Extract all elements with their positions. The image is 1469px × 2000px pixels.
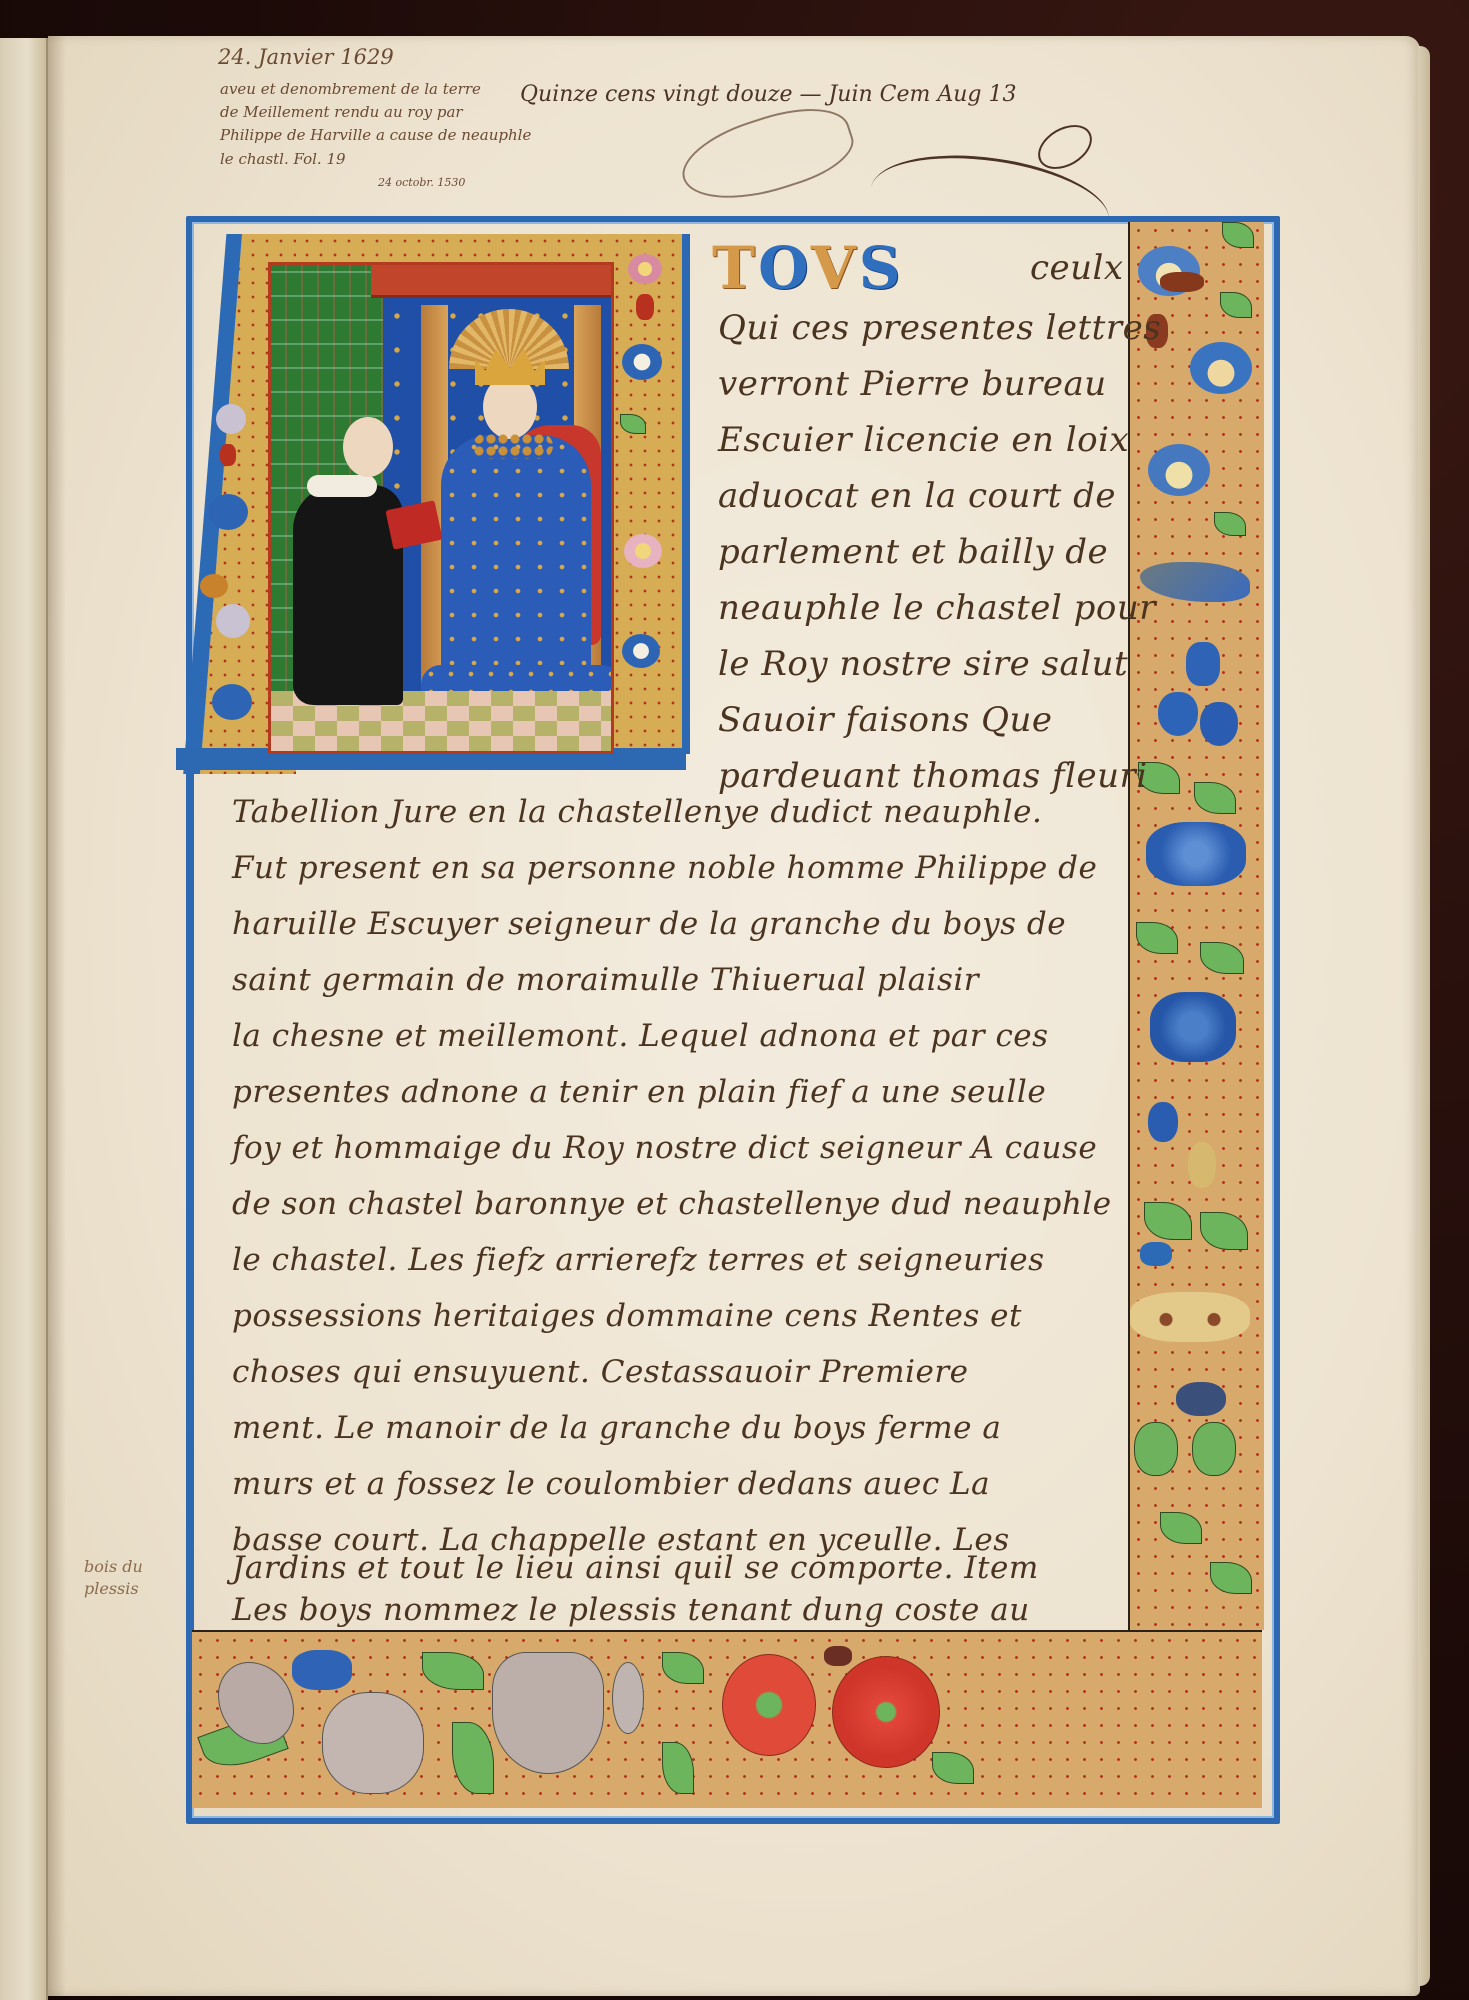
green-bud-icon bbox=[1192, 1422, 1236, 1476]
text-line: Jardins et tout le lieu ainsi quil se co… bbox=[232, 1548, 1039, 1588]
leaf-icon bbox=[1200, 942, 1244, 974]
annotation-small-date: 24 octobr. 1530 bbox=[378, 176, 465, 189]
columbine-icon bbox=[208, 494, 248, 530]
pansy-icon bbox=[1148, 444, 1210, 496]
annotation-line-4: le chastl. Fol. 19 bbox=[220, 150, 346, 168]
text-line: pardeuant thomas fleuri bbox=[718, 756, 1148, 796]
text-line: possessions heritaiges dommaine cens Ren… bbox=[232, 1296, 1022, 1336]
text-line: murs et a fossez le coulombier dedans au… bbox=[232, 1464, 990, 1504]
text-line: Les boys nommez le plessis tenant dung c… bbox=[232, 1590, 1030, 1630]
text-line: choses qui ensuyuent. Cestassauoir Premi… bbox=[232, 1352, 969, 1392]
text-line: aduocat en la court de bbox=[718, 476, 1116, 516]
text-line: Escuier licencie en loix bbox=[718, 420, 1129, 460]
leaf-icon bbox=[1194, 782, 1236, 814]
incipit-letter-s: S bbox=[859, 234, 904, 302]
dragonfly-icon bbox=[1140, 562, 1250, 602]
leaf-icon bbox=[1144, 1202, 1192, 1240]
leaf-icon bbox=[452, 1722, 494, 1794]
text-line: saint germain de moraimulle Thiuerual pl… bbox=[232, 960, 979, 1000]
bug-icon bbox=[636, 294, 654, 320]
rose-icon bbox=[722, 1654, 816, 1756]
columbine-icon bbox=[216, 404, 246, 434]
kneeling-figure-head bbox=[343, 417, 393, 477]
gutter-shadow bbox=[48, 36, 66, 1996]
lily-icon bbox=[492, 1652, 604, 1774]
fly-icon bbox=[1176, 1382, 1226, 1416]
margin-annotation-line: plessis bbox=[84, 1578, 143, 1600]
initial-left-flowers bbox=[196, 384, 266, 744]
annotation-line-3: Philippe de Harville a cause de neauphle bbox=[220, 126, 531, 144]
text-line: presentes adnone a tenir en plain fief a… bbox=[232, 1072, 1046, 1112]
text-line: le chastel. Les fiefz arrierefz terres e… bbox=[232, 1240, 1045, 1280]
bug-icon bbox=[220, 444, 236, 466]
columbine-icon bbox=[1200, 702, 1238, 746]
text-line: de son chastel baronnye et chastellenye … bbox=[232, 1184, 1112, 1224]
pansy-icon bbox=[622, 634, 660, 668]
columbine-cluster-icon bbox=[1146, 822, 1246, 886]
fur-collar bbox=[307, 475, 377, 497]
columbine-icon bbox=[212, 684, 252, 720]
annotation-top-right: Quinze cens vingt douze — Juin Cem Aug 1… bbox=[520, 82, 1016, 107]
annotation-line-1: aveu et denombrement de la terre bbox=[220, 80, 481, 98]
rose-icon bbox=[832, 1656, 940, 1768]
leaf-icon bbox=[932, 1752, 974, 1784]
lily-bud-icon bbox=[612, 1662, 644, 1734]
leaf-icon bbox=[662, 1652, 704, 1684]
leaf-icon bbox=[422, 1652, 484, 1690]
text-line: le Roy nostre sire salut bbox=[718, 644, 1128, 684]
leaf-icon bbox=[1214, 512, 1246, 536]
annotation-line-2: de Meillement rendu au roy par bbox=[220, 103, 463, 121]
red-canopy bbox=[371, 265, 611, 298]
text-line: haruille Escuyer seigneur de la granche … bbox=[232, 904, 1066, 944]
incipit-letter-o: O bbox=[758, 234, 811, 302]
leaf-icon bbox=[1200, 1212, 1248, 1250]
text-line: neauphle le chastel pour bbox=[718, 588, 1156, 628]
pansy-icon bbox=[1190, 342, 1252, 394]
columbine-icon bbox=[1158, 692, 1198, 736]
text-line: Fut present en sa personne noble homme P… bbox=[232, 848, 1097, 888]
beetle-icon bbox=[1160, 272, 1204, 292]
pansy-icon bbox=[622, 344, 662, 380]
moth-icon bbox=[1130, 1292, 1250, 1342]
columbine-icon bbox=[216, 604, 250, 638]
beetle-icon bbox=[824, 1646, 852, 1666]
frame-left-bar bbox=[186, 770, 194, 1640]
blue-beetle-icon bbox=[1140, 1242, 1172, 1266]
text-line: Sauoir faisons Que bbox=[718, 700, 1053, 740]
incipit-letter-t: T bbox=[712, 234, 758, 302]
page-edge bbox=[1418, 46, 1430, 1986]
leaf-icon bbox=[1210, 1562, 1252, 1594]
bellflower-icon bbox=[1148, 1102, 1178, 1142]
leaf-icon bbox=[620, 414, 646, 434]
leaf-icon bbox=[1136, 922, 1178, 954]
incipit-tous: TOVS bbox=[712, 238, 904, 298]
right-floral-border bbox=[1128, 222, 1264, 1630]
beetle-icon bbox=[1186, 642, 1220, 686]
bottom-floral-border bbox=[192, 1630, 1262, 1808]
text-line: verront Pierre bureau bbox=[718, 364, 1107, 404]
annotation-date: 24. Janvier 1629 bbox=[218, 48, 394, 66]
margin-annotation-line: bois du bbox=[84, 1556, 143, 1578]
text-line: la chesne et meillemont. Lequel adnona e… bbox=[232, 1016, 1049, 1056]
incipit-following-word: ceulx bbox=[1030, 248, 1124, 288]
green-bud-icon bbox=[1134, 1422, 1178, 1476]
margin-annotation: bois du plessis bbox=[84, 1556, 143, 1600]
leaf-icon bbox=[1222, 222, 1254, 248]
leaf-icon bbox=[1220, 292, 1252, 318]
leaf-icon bbox=[1160, 1512, 1202, 1544]
text-line: foy et hommaige du Roy nostre dict seign… bbox=[232, 1128, 1097, 1168]
miniature-presentation-scene bbox=[268, 262, 614, 754]
dragonfly-icon bbox=[292, 1650, 352, 1690]
pansy-icon bbox=[624, 534, 662, 568]
text-line: Tabellion Jure en la chastellenye dudict… bbox=[232, 792, 1042, 832]
text-line: ment. Le manoir de la granche du boys fe… bbox=[232, 1408, 1001, 1448]
text-line: Qui ces presentes lettres bbox=[718, 308, 1161, 348]
previous-leaf-edge bbox=[0, 38, 48, 2000]
lily-icon bbox=[322, 1692, 424, 1794]
pansy-icon bbox=[628, 254, 662, 284]
text-line: parlement et bailly de bbox=[718, 532, 1108, 572]
snail-icon bbox=[200, 574, 228, 598]
gold-collar bbox=[473, 433, 553, 459]
gourd-icon bbox=[1188, 1142, 1216, 1188]
king-blue-robe bbox=[441, 435, 591, 685]
columbine-cluster-icon bbox=[1150, 992, 1236, 1062]
incipit-letter-v: V bbox=[811, 234, 859, 302]
leaf-icon bbox=[662, 1742, 694, 1794]
initial-right-stroke bbox=[610, 234, 690, 754]
